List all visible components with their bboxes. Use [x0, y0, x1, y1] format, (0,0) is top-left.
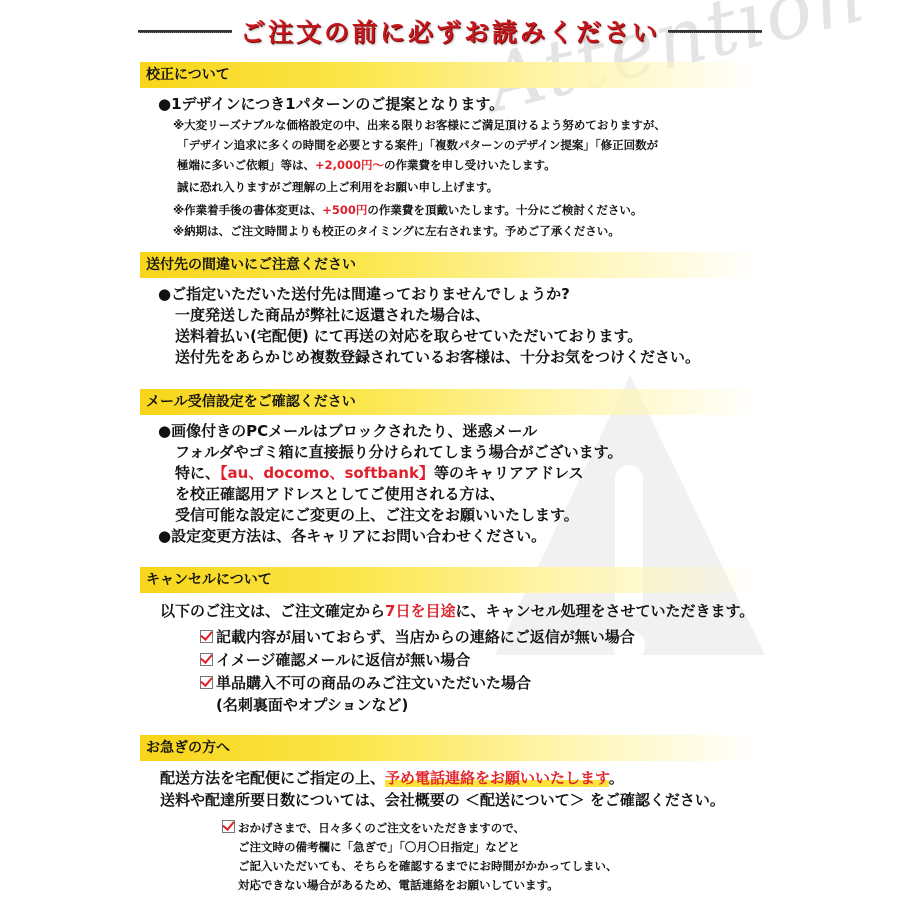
- address-line-4: 送付先をあらかじめ複数登録されているお客様は、十分お気をつけください。: [175, 347, 760, 368]
- section-heading: 送付先の間違いにご注意ください: [140, 252, 760, 278]
- urgent-line-1: 配送方法を宅配便にご指定の上、予め電話連絡をお願いいたします。: [160, 767, 760, 789]
- title-divider-right: [668, 30, 762, 33]
- section-heading: 校正について: [140, 62, 760, 88]
- cancel-item-2: イメージ確認メールに返信が無い場合: [200, 649, 760, 672]
- address-line-1: ●ご指定いただいた送付先は間違っておりませんでしょうか?: [158, 284, 760, 305]
- checkbox-checked-icon: [200, 676, 213, 689]
- proofing-main: ●1デザインにつき1パターンのご提案となります。: [158, 94, 760, 115]
- cancel-item-1: 記載内容が届いておらず、当店からの連絡にご返信が無い場合: [200, 626, 760, 649]
- mail-line-4: を校正確認用アドレスとしてご使用される方は、: [175, 484, 760, 505]
- cancel-period: 7日を目途: [385, 602, 455, 620]
- title-divider-left: [138, 30, 232, 33]
- checkbox-checked-icon: [222, 820, 235, 833]
- page-title: ご注文の前に必ずお読みください: [240, 13, 660, 49]
- section-heading: お急ぎの方へ: [140, 735, 760, 761]
- section-heading: キャンセルについて: [140, 567, 760, 593]
- proofing-note-3: 極端に多いご依頼」等は、+2,000円～の作業費を申し受けいたします。: [177, 155, 760, 175]
- cancel-intro: 以下のご注文は、ご注文確定から7日を目途に、キャンセル処理をさせていただきます。: [160, 601, 760, 622]
- mail-line-2: フォルダやゴミ箱に直接振り分けられてしまう場合がございます。: [175, 442, 760, 463]
- urgent-line-2: 送料や配達所要日数については、会社概要の ＜配送について＞ をご確認ください。: [160, 789, 760, 811]
- proofing-note-6: ※納期は、ご注文時間よりも校正のタイミングに左右されます。予めご了承ください。: [173, 221, 760, 241]
- proofing-note-4: 誠に恐れ入りますがご理解の上ご利用をお願い申し上げます。: [177, 177, 760, 197]
- section-urgent: お急ぎの方へ 配送方法を宅配便にご指定の上、予め電話連絡をお願いいたします。 送…: [140, 735, 760, 895]
- checkbox-checked-icon: [200, 653, 213, 666]
- checkbox-checked-icon: [200, 630, 213, 643]
- mail-line-5: 受信可能な設定にご変更の上、ご注文をお願いいたします。: [175, 505, 760, 526]
- section-heading: メール受信設定をご確認ください: [140, 389, 760, 415]
- proofing-note-1: ※大変リーズナブルな価格設定の中、出来る限りお客様にご満足頂けるよう努めておりま…: [173, 115, 760, 135]
- urgent-note-1: おかげさまで、日々多くのご注文をいただきますので、: [222, 819, 760, 838]
- mail-line-6: ●設定変更方法は、各キャリアにお問い合わせください。: [158, 526, 760, 547]
- address-line-3: 送料着払い(宅配便) にて再送の対応を取らせていただいております。: [175, 326, 760, 347]
- carrier-list: 【au、docomo、softbank】: [220, 464, 434, 482]
- phone-request-highlight: 予め電話連絡をお願いいたします: [385, 769, 609, 787]
- cancel-item-3-sub: (名刺裏面やオプションなど): [216, 695, 760, 715]
- page-title-row: ご注文の前に必ずお読みください: [130, 14, 770, 48]
- section-proofing: 校正について ●1デザインにつき1パターンのご提案となります。 ※大変リーズナブ…: [140, 62, 760, 241]
- urgent-note-4: 対応できない場合があるため、電話連絡をお願いしています。: [238, 876, 760, 895]
- section-mail-settings: メール受信設定をご確認ください ●画像付きのPCメールはブロックされたり、迷惑メ…: [140, 389, 760, 547]
- section-cancel: キャンセルについて 以下のご注文は、ご注文確定から7日を目途に、キャンセル処理を…: [140, 567, 760, 715]
- proofing-note-2: 「デザイン追求に多くの時間を必要とする案件」「複数パターンのデザイン提案」「修正…: [177, 135, 760, 155]
- mail-line-3: 特に、【au、docomo、softbank】等のキャリアアドレス: [175, 463, 760, 484]
- extra-fee: +2,000円～: [315, 158, 384, 172]
- urgent-note-2: ご注文時の備考欄に「急ぎで」「〇月〇日指定」などと: [238, 838, 760, 857]
- cancel-item-3: 単品購入不可の商品のみご注文いただいた場合: [200, 672, 760, 695]
- mail-line-1: ●画像付きのPCメールはブロックされたり、迷惑メール: [158, 421, 760, 442]
- address-line-2: 一度発送した商品が弊社に返還された場合は、: [175, 305, 760, 326]
- proofing-note-5: ※作業着手後の書体変更は、+500円の作業費を頂戴いたします。十分にご検討くださ…: [173, 200, 760, 220]
- font-change-fee: +500円: [322, 203, 367, 217]
- section-address: 送付先の間違いにご注意ください ●ご指定いただいた送付先は間違っておりませんでし…: [140, 252, 760, 368]
- urgent-note-3: ご記入いただいても、そちらを確認するまでにお時間がかかってしまい、: [238, 857, 760, 876]
